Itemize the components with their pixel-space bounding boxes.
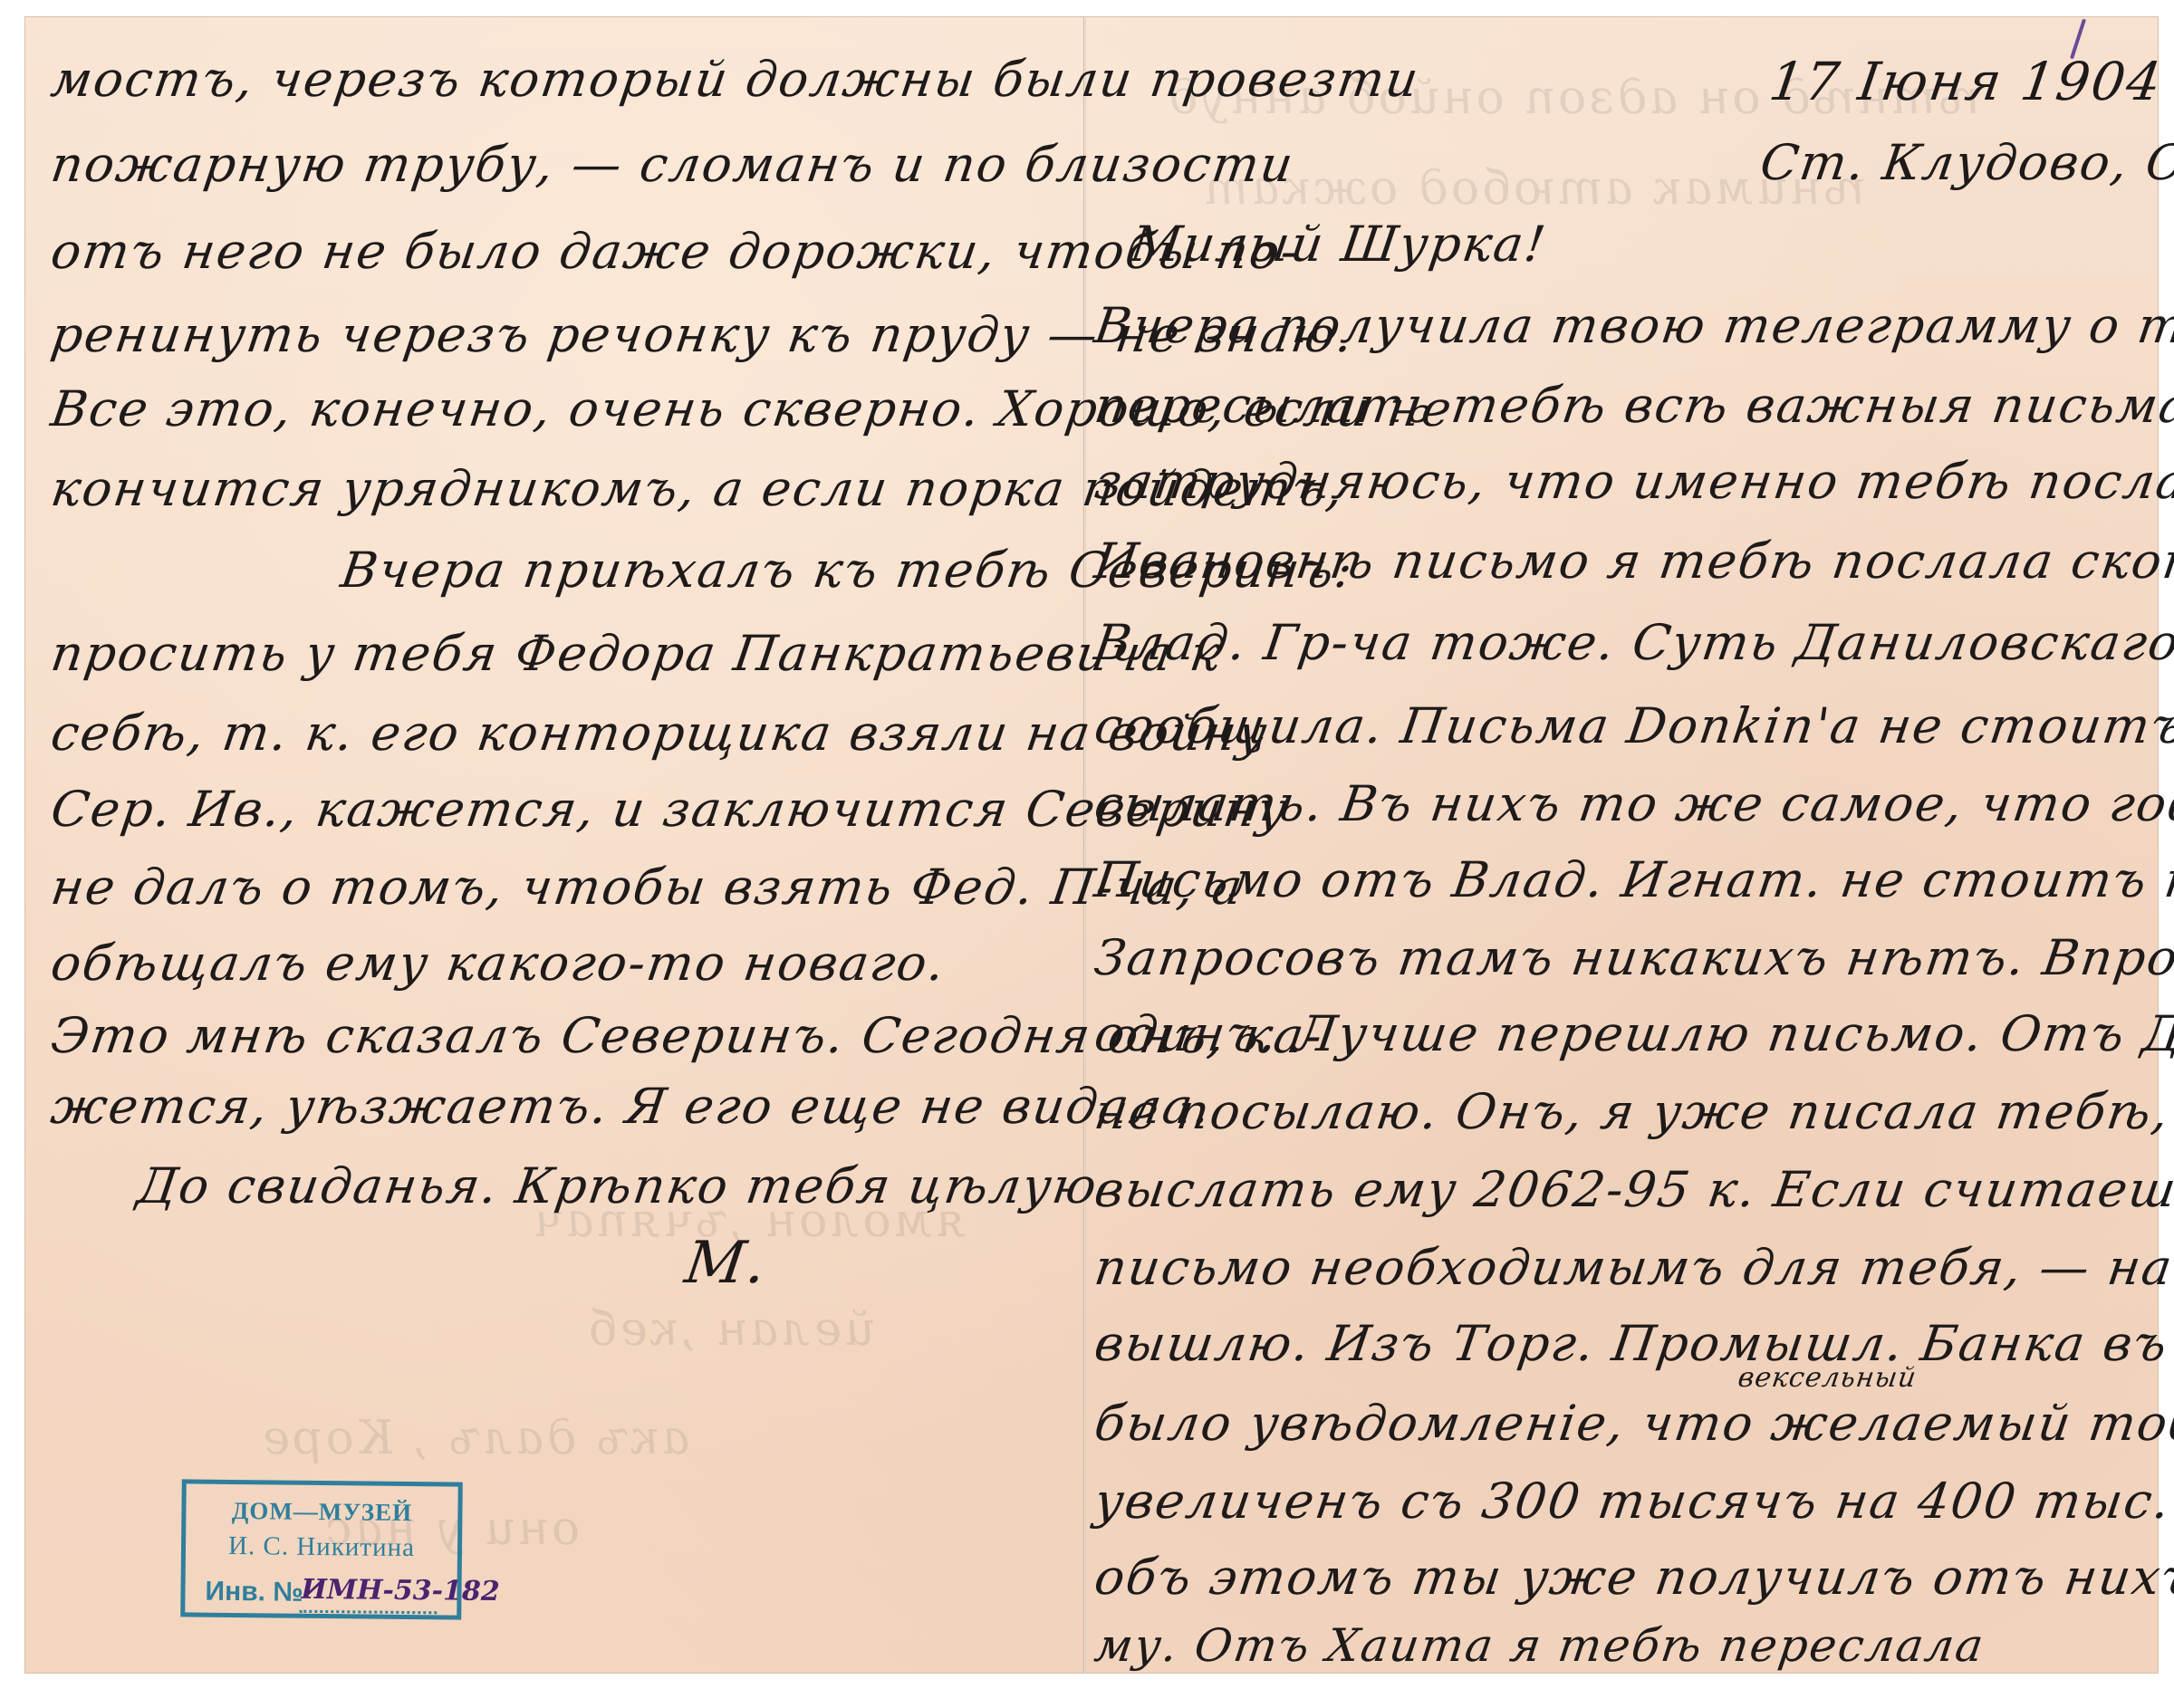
text-line: Вчера получила твою телеграмму о томъ, ч… <box>1092 297 2174 354</box>
text-line: просить у тебя Федора Панкратьевича к <box>48 625 1226 682</box>
text-line: не далъ о томъ, чтобы взять Фед. П-ча, а <box>48 859 1248 916</box>
letter-place: Ст. Клудово, Сл. <box>1757 134 2174 191</box>
letter-sheet: ѣтнѣд он адзоп онйоб аннуд ѣнимак атюбод… <box>24 16 2159 1674</box>
text-line: увеличенъ съ 300 тысячъ на 400 тыс. рубл… <box>1092 1473 2174 1530</box>
letter-date: 17 Іюня 1904 г. <box>1765 51 2174 112</box>
text-line: Ивановнѣ письмо я тебѣ послала скопирова… <box>1092 533 2174 590</box>
text-line: объ этомъ ты уже получилъ отъ нихъ телег… <box>1092 1549 2174 1606</box>
text-line: сылать. Въ нихъ то же самое, что говорит… <box>1092 775 2174 832</box>
signature: М. <box>681 1230 772 1297</box>
interlinear-insert: вексельный <box>1736 1362 1919 1394</box>
text-line: выслать ему 2062-95 к. Если считаешь и э… <box>1092 1161 2174 1218</box>
text-line: Запросовъ тамъ никакихъ нѣтъ. Впрочемъ, … <box>1092 929 2174 986</box>
closing-line: До свиданья. Крѣпко тебя цѣлую <box>134 1157 1102 1214</box>
stamp-museum-name: И. С. Никитина <box>186 1530 457 1563</box>
text-line: жется, уѣзжаетъ. Я его еще не видала. <box>48 1078 1216 1135</box>
text-line: одинъ. Лучше перешлю письмо. Отъ Доната <box>1092 1005 2174 1062</box>
text-line: было увѣдомленіе, что желаемый тобою кре… <box>1092 1395 2174 1452</box>
text-line: вышлю. Изъ Торг. Промышл. Банка въ Москв… <box>1092 1315 2174 1372</box>
salutation: Милый Шурка! <box>1128 216 1551 273</box>
text-line: не посылаю. Онъ, я уже писала тебѣ, — пр… <box>1092 1083 2174 1140</box>
left-page: мостъ, черезъ который должны были провез… <box>24 16 1083 1674</box>
right-page: 17 Іюня 1904 г. Ст. Клудово, Сл. Милый Ш… <box>1086 16 2159 1674</box>
text-line: пересылать тебѣ всѣ важныя письма. Я нем… <box>1092 377 2174 434</box>
museum-stamp: ДОМ—МУЗЕЙ И. С. Никитина Инв. № ИМН-53-1… <box>180 1479 463 1619</box>
text-line: сообщила. Письма Donkin'а не стоитъ по- <box>1092 697 2174 754</box>
text-line: му. Отъ Хаита я тебѣ переслала <box>1092 1619 1988 1672</box>
stamp-inventory-number: ИМН-53-182 <box>301 1574 500 1607</box>
stamp-inventory-label: Инв. № <box>205 1577 303 1608</box>
text-line: Влад. Гр-ча тоже. Суть Даниловскаго пись… <box>1092 614 2174 671</box>
text-line: Письмо отъ Влад. Игнат. не стоитъ перепр… <box>1092 851 2174 908</box>
text-line: затрудняюсь, что именно тебѣ послать. Ел… <box>1092 453 2174 510</box>
text-line: письмо необходимымъ для тебя, — напиши — <box>1092 1239 2174 1296</box>
text-line: обѣщалъ ему какого-то новаго. <box>48 935 950 992</box>
stamp-museum-label: ДОМ—МУЗЕЙ <box>186 1496 457 1527</box>
stamp-dotted-line <box>299 1610 437 1615</box>
